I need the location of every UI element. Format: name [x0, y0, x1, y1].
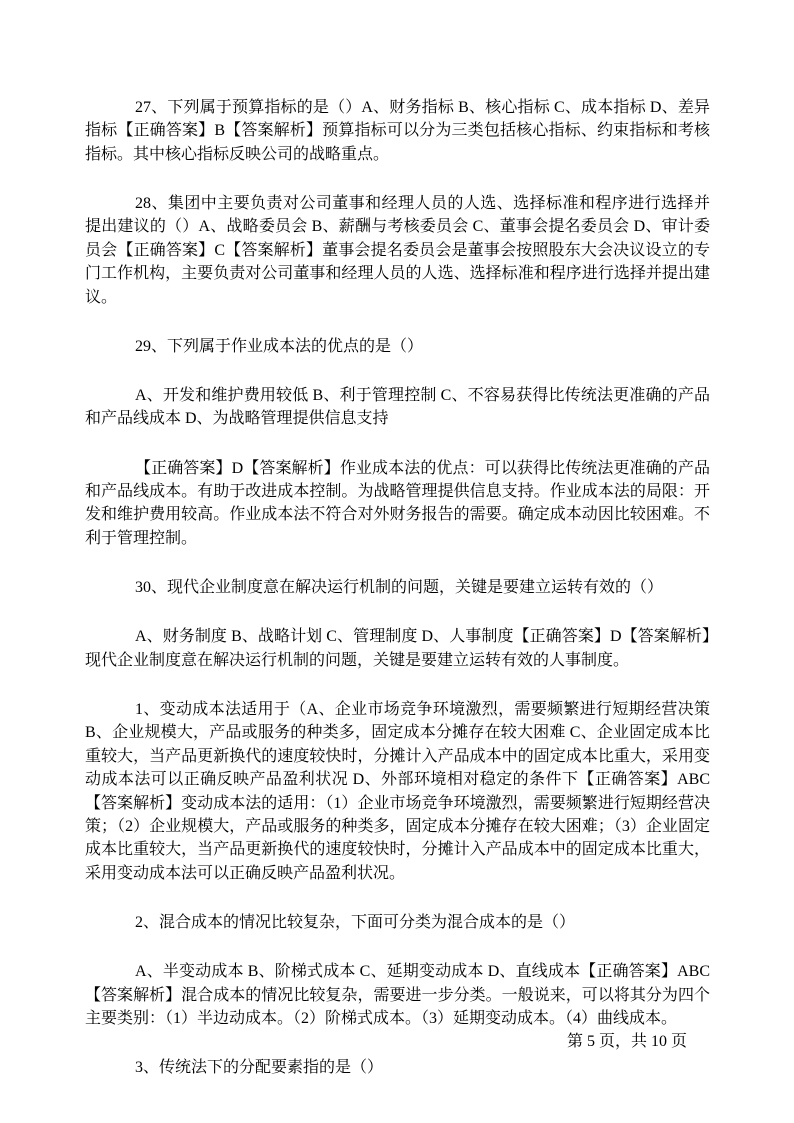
paragraph-q29: 29、下列属于作业成本法的优点的是（）: [85, 335, 710, 358]
paragraph-q3: 3、传统法下的分配要素指的是（）: [85, 1056, 710, 1079]
page-body: 27、下列属于预算指标的是（）A、财务指标 B、核心指标 C、成本指标 D、差异…: [85, 96, 710, 1105]
paragraph-q29-answer: 【正确答案】D【答案解析】作业成本法的优点：可以获得比传统法更准确的产品和产品线…: [85, 457, 710, 551]
paragraph-q27: 27、下列属于预算指标的是（）A、财务指标 B、核心指标 C、成本指标 D、差异…: [85, 96, 710, 166]
paragraph-q30: 30、现代企业制度意在解决运行机制的问题，关键是要建立运转有效的（）: [85, 576, 710, 599]
paragraph-q2-options-answer: A、半变动成本 B、阶梯式成本 C、延期变动成本 D、直线成本【正确答案】ABC…: [85, 960, 710, 1030]
paragraph-q28: 28、集团中主要负责对公司董事和经理人员的人选、选择标准和程序进行选择并提出建议…: [85, 192, 710, 309]
document-page: 27、下列属于预算指标的是（）A、财务指标 B、核心指标 C、成本指标 D、差异…: [0, 0, 794, 1123]
page-number-footer: 第 5 页，共 10 页: [85, 1030, 687, 1053]
paragraph-q30-options-answer: A、财务制度 B、战略计划 C、管理制度 D、人事制度【正确答案】D【答案解析】…: [85, 625, 710, 672]
paragraph-q2: 2、混合成本的情况比较复杂，下面可分类为混合成本的是（）: [85, 911, 710, 934]
paragraph-q1: 1、变动成本法适用于（A、企业市场竞争环境激烈，需要频繁进行短期经营决策 B、企…: [85, 698, 710, 885]
paragraph-q29-options: A、开发和维护费用较低 B、利于管理控制 C、不容易获得比传统法更准确的产品和产…: [85, 384, 710, 431]
